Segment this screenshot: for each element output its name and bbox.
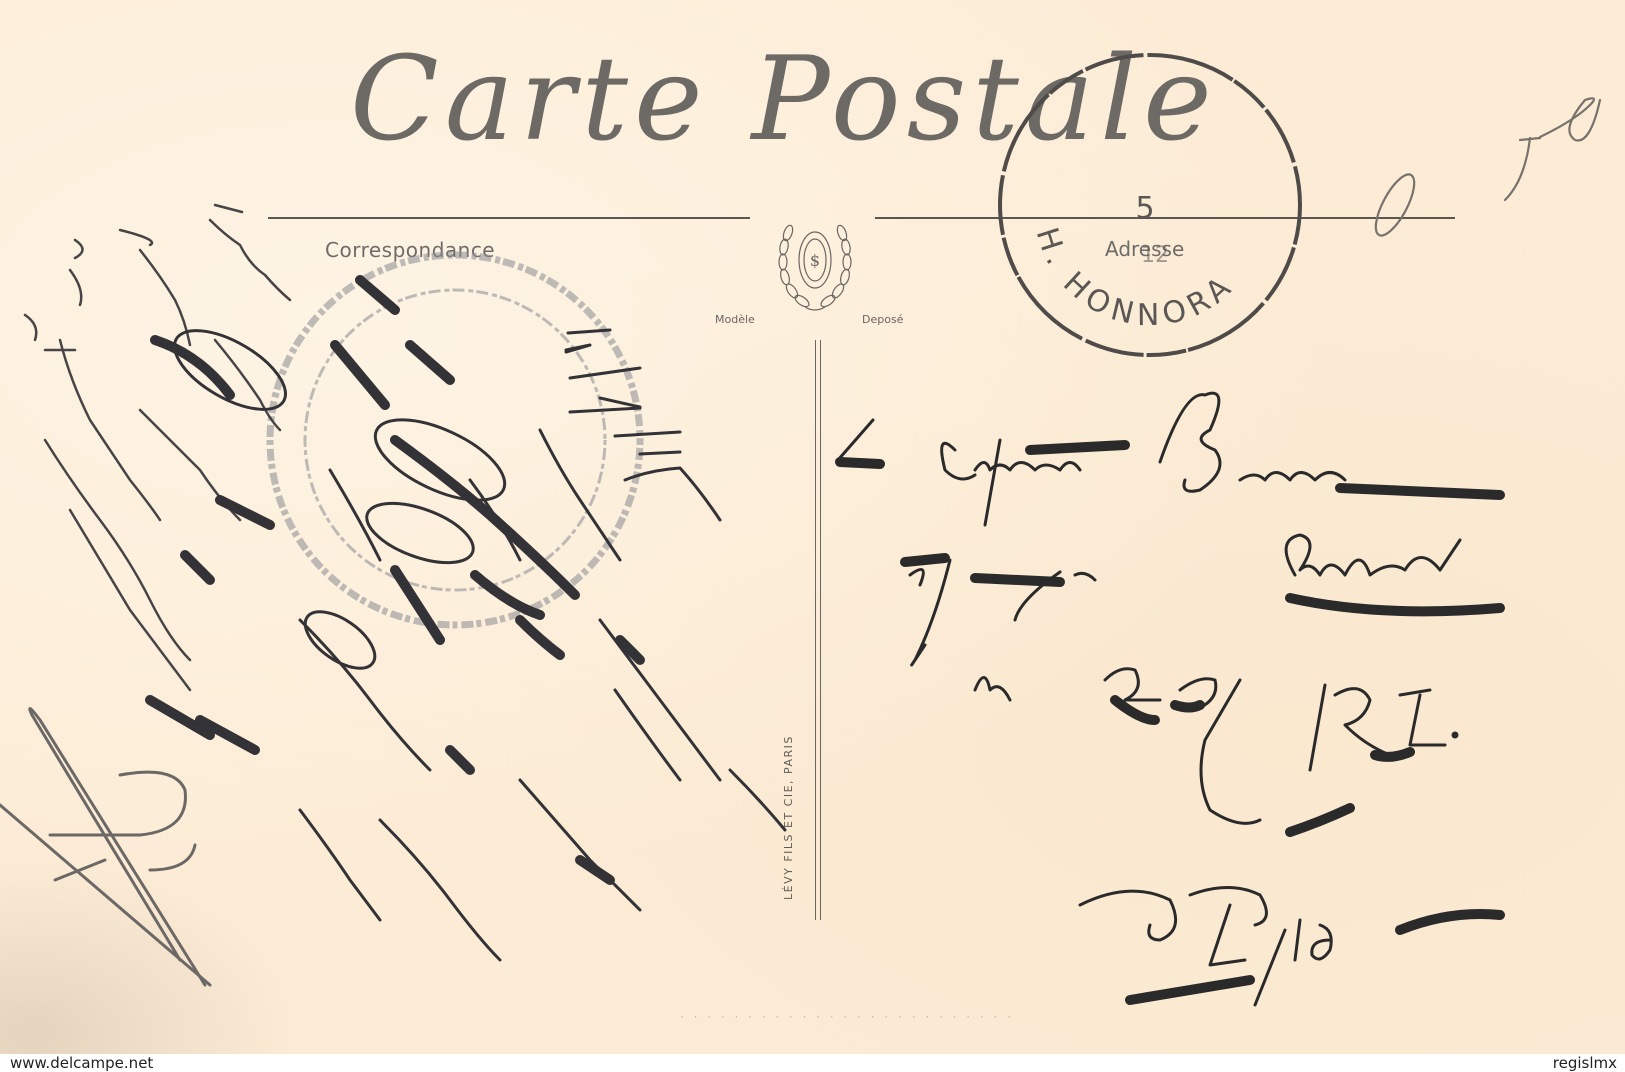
date-postmark: H. HONNORA 5 12 [985, 40, 1315, 370]
svg-text:H. HONNORA: H. HONNORA [1029, 224, 1242, 334]
bottom-printed-caption: · · · · · · · · · · · · · · · · · · · · … [680, 1010, 1014, 1024]
watermark-left: www.delcampe.net [10, 1054, 153, 1072]
postcard-back: Carte Postale Correspondance Adresse $ [0, 0, 1625, 1054]
svg-text:$: $ [810, 251, 820, 270]
message-handwriting [25, 205, 785, 960]
svg-text:5: 5 [1135, 191, 1154, 226]
signature-flourish [0, 709, 210, 985]
watermark-right: regislmx [1553, 1054, 1617, 1072]
pencil-note [1368, 98, 1600, 240]
military-unit-stamp [270, 255, 640, 625]
publisher-imprint: LÉVY FILS ET CIE, PARIS [782, 735, 795, 900]
center-divider [815, 340, 821, 920]
correspondence-label: Correspondance [325, 238, 495, 262]
watermark-strip: www.delcampe.net regislmx [0, 1054, 1625, 1072]
emblem-caption-left: Modèle [715, 313, 755, 326]
laurel-wreath-shield-icon: $ [760, 215, 870, 325]
emblem-caption-right: Deposé [862, 313, 903, 326]
header-rule-left [268, 217, 750, 219]
address-handwriting [838, 393, 1500, 1005]
svg-text:12: 12 [1141, 243, 1169, 268]
